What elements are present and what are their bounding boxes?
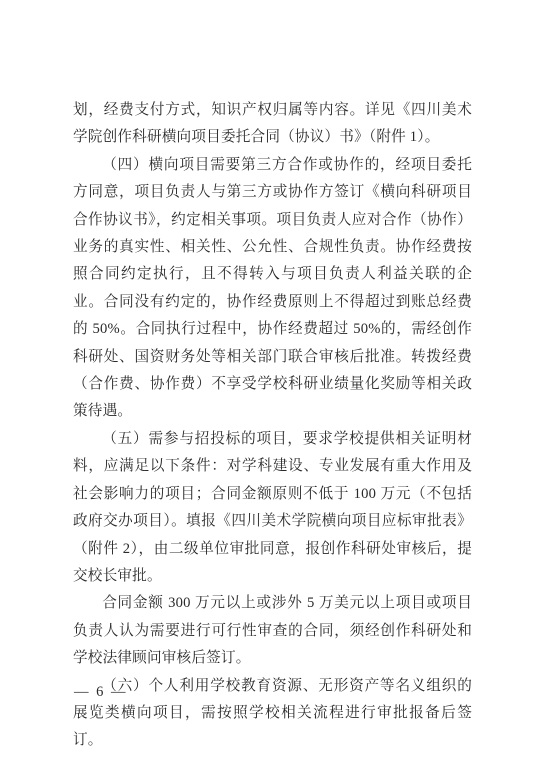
paragraph-continuation: 划，经费支付方式，知识产权归属等内容。详见《四川美术学院创作科研横向项目委托合同… bbox=[73, 97, 472, 152]
paragraph-item-4: （四）横向项目需要第三方合作或协作的，经项目委托方同意，项目负责人与第三方或协作… bbox=[73, 152, 472, 426]
paragraph-item-5: （五）需参与招投标的项目，要求学校提供相关证明材料，应满足以下条件：对学科建设、… bbox=[73, 426, 472, 590]
page-number: — 6 — bbox=[74, 683, 128, 701]
paragraph-contract-amount: 合同金额 300 万元以上或涉外 5 万美元以上项目或项目负责人认为需要进行可行… bbox=[73, 590, 472, 672]
document-page: 划，经费支付方式，知识产权归属等内容。详见《四川美术学院创作科研横向项目委托合同… bbox=[0, 0, 543, 768]
document-body: 划，经费支付方式，知识产权归属等内容。详见《四川美术学院创作科研横向项目委托合同… bbox=[73, 97, 472, 755]
paragraph-item-6: （六）个人利用学校教育资源、无形资产等名义组织的展览类横向项目，需按照学校相关流… bbox=[73, 673, 472, 755]
